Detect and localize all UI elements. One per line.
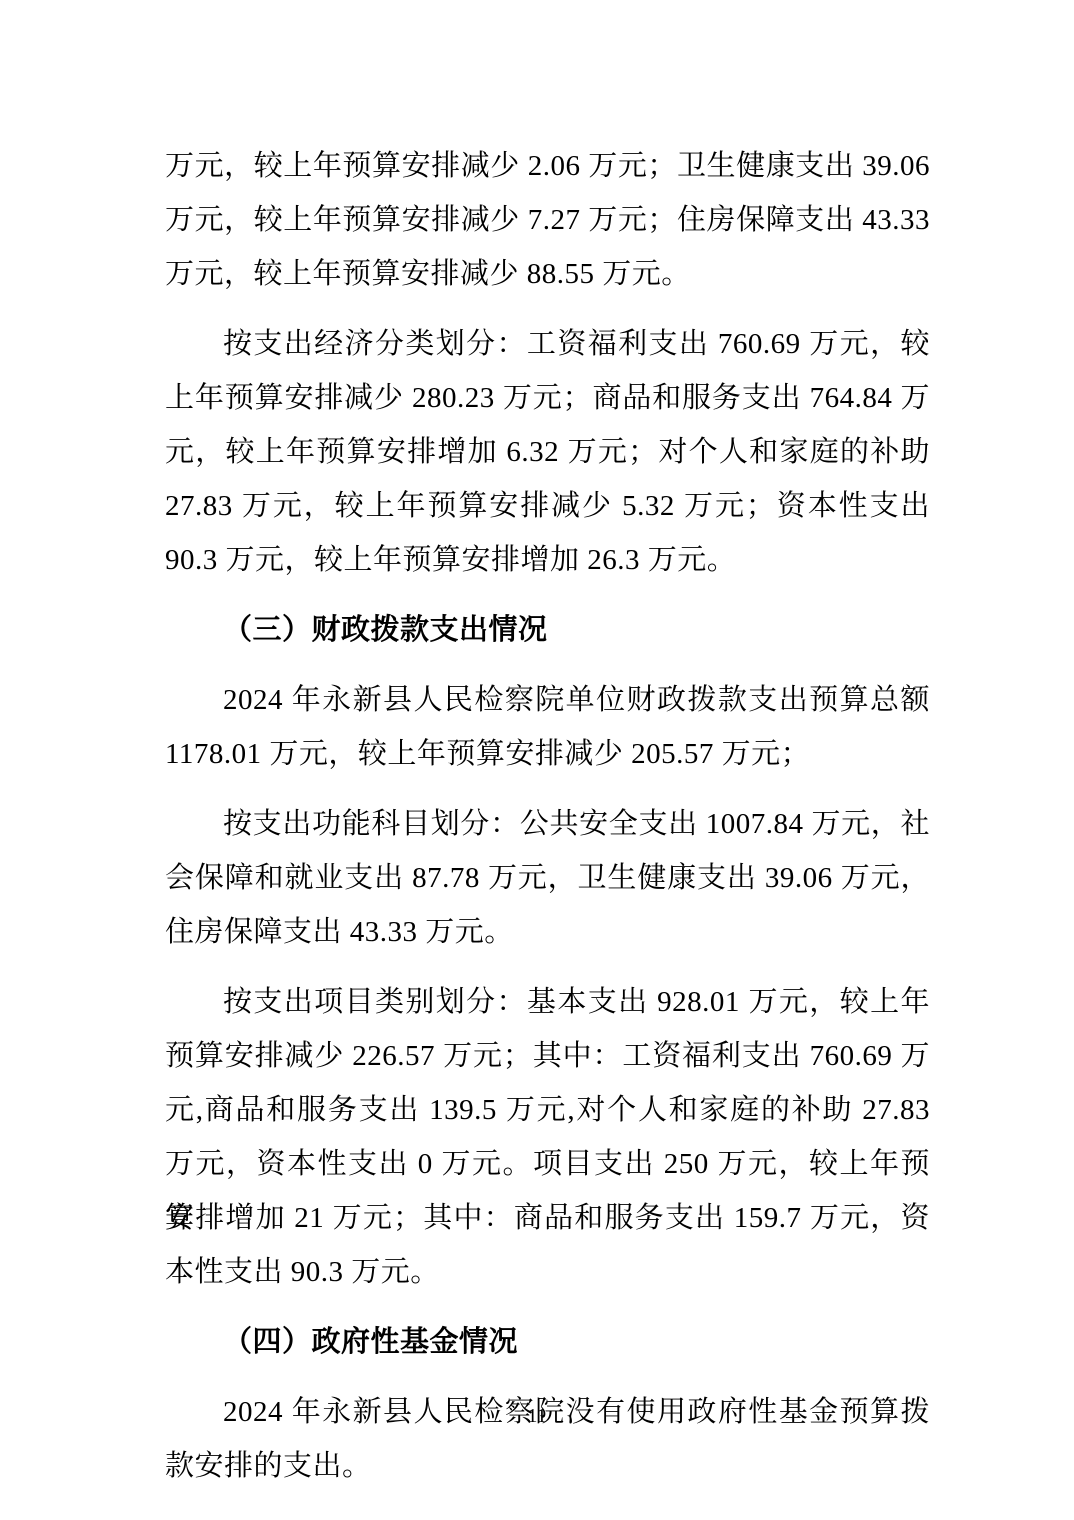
heading-line: （四）政府性基金情况 (165, 1315, 930, 1369)
text-line: 款安排的支出。 (165, 1439, 930, 1493)
text-line: 万元，较上年预算安排减少 7.27 万元；住房保障支出 43.33 (165, 193, 930, 247)
text-line: 住房保障支出 43.33 万元。 (165, 905, 930, 959)
text-line: 90.3 万元，较上年预算安排增加 26.3 万元。 (165, 533, 930, 587)
text-line: 安排增加 21 万元；其中：商品和服务支出 159.7 万元，资 (165, 1191, 930, 1245)
text-line: 万元，较上年预算安排减少 88.55 万元。 (165, 247, 930, 301)
text-line: 元,商品和服务支出 139.5 万元,对个人和家庭的补助 27.83 (165, 1083, 930, 1137)
text-line: 27.83 万元，较上年预算安排减少 5.32 万元；资本性支出 (165, 479, 930, 533)
document-body: 万元，较上年预算安排减少 2.06 万元；卫生健康支出 39.06 万元，较上年… (165, 139, 930, 1509)
text-line: 万元，资本性支出 0 万元。项目支出 250 万元，较上年预算 (165, 1137, 930, 1191)
text-line: 按支出项目类别划分：基本支出 928.01 万元，较上年 (165, 975, 930, 1029)
text-line: 按支出功能科目划分：公共安全支出 1007.84 万元，社 (165, 797, 930, 851)
document-page: 万元，较上年预算安排减少 2.06 万元；卫生健康支出 39.06 万元，较上年… (0, 0, 1074, 1520)
text-line: 预算安排减少 226.57 万元；其中：工资福利支出 760.69 万 (165, 1029, 930, 1083)
text-line: 万元，较上年预算安排减少 2.06 万元；卫生健康支出 39.06 (165, 139, 930, 193)
text-line: 本性支出 90.3 万元。 (165, 1245, 930, 1299)
text-line: 会保障和就业支出 87.78 万元，卫生健康支出 39.06 万元， (165, 851, 930, 905)
heading-line: （三）财政拨款支出情况 (165, 603, 930, 657)
text-line: 1178.01 万元，较上年预算安排减少 205.57 万元； (165, 727, 930, 781)
text-line: 2024 年永新县人民检察院单位财政拨款支出预算总额 (165, 673, 930, 727)
text-line: 按支出经济分类划分：工资福利支出 760.69 万元，较 (165, 317, 930, 371)
text-line: 元，较上年预算安排增加 6.32 万元；对个人和家庭的补助 (165, 425, 930, 479)
page-number: 11 (0, 1402, 1074, 1430)
text-line: 上年预算安排减少 280.23 万元；商品和服务支出 764.84 万 (165, 371, 930, 425)
